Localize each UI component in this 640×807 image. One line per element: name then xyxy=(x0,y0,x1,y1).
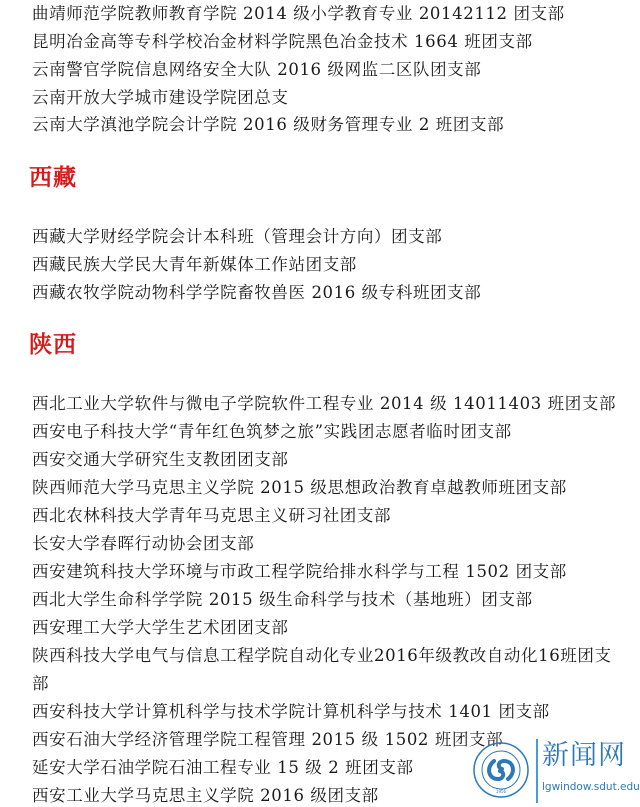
svg-text:1956: 1956 xyxy=(496,789,507,794)
watermark-title: 新闻网 xyxy=(542,739,626,773)
list-item: 云南开放大学城市建设学院团总支 xyxy=(32,87,289,109)
watermark-url: lgwindow.sdut.edu.cn xyxy=(542,781,640,793)
list-item: 西安交通大学研究生支教团团支部 xyxy=(32,449,289,471)
list-item: 西北工业大学软件与微电子学院软件工程专业 2014 级 14011403 班团支… xyxy=(32,393,616,415)
section-heading: 陕西 xyxy=(29,330,77,360)
section-heading: 西藏 xyxy=(29,163,77,193)
list-item: 西北农林科技大学青年马克思主义研习社团支部 xyxy=(32,505,391,527)
list-item: 西藏大学财经学院会计本科班（管理会计方向）团支部 xyxy=(32,226,442,248)
list-item-wrap: 部 xyxy=(32,673,49,695)
watermark-divider xyxy=(536,739,538,803)
list-item: 西藏农牧学院动物科学学院畜牧兽医 2016 级专科班团支部 xyxy=(32,282,481,304)
list-item: 长安大学春晖行动协会团支部 xyxy=(32,533,254,555)
list-item: 延安大学石油学院石油工程专业 15 级 2 班团支部 xyxy=(32,757,414,779)
list-item: 昆明冶金高等专科学校冶金材料学院黑色冶金技术 1664 班团支部 xyxy=(32,31,533,53)
list-item: 西北大学生命科学学院 2015 级生命科学与技术（基地班）团支部 xyxy=(32,589,533,611)
news-site-watermark: 1956 新闻网 lgwindow.sdut.edu.cn xyxy=(472,739,640,805)
list-item: 西安电子科技大学“青年红色筑梦之旅”实践团志愿者临时团支部 xyxy=(32,421,512,443)
list-item: 云南大学滇池学院会计学院 2016 级财务管理专业 2 班团支部 xyxy=(32,114,504,136)
list-item: 云南警官学院信息网络安全大队 2016 级网监二区队团支部 xyxy=(32,59,481,81)
list-item: 西藏民族大学民大青年新媒体工作站团支部 xyxy=(32,254,357,276)
list-item: 陕西师范大学马克思主义学院 2015 级思想政治教育卓越教师班团支部 xyxy=(32,477,567,499)
list-item: 西安科技大学计算机科学与技术学院计算机科学与技术 1401 团支部 xyxy=(32,701,550,723)
list-item: 西安理工大学大学生艺术团团支部 xyxy=(32,617,289,639)
list-item: 西安建筑科技大学环境与市政工程学院给排水科学与工程 1502 团支部 xyxy=(32,561,567,583)
list-item: 曲靖师范学院教师教育学院 2014 级小学教育专业 20142112 团支部 xyxy=(32,3,565,25)
university-seal-icon: 1956 xyxy=(472,741,530,799)
list-item: 西安石油大学经济管理学院工程管理 2015 级 1502 班团支部 xyxy=(32,729,503,751)
list-item: 西安工业大学马克思主义学院 2016 级团支部 xyxy=(32,785,379,807)
list-item: 陕西科技大学电气与信息工程学院自动化专业2016年级教改自动化16班团支 xyxy=(32,645,612,667)
